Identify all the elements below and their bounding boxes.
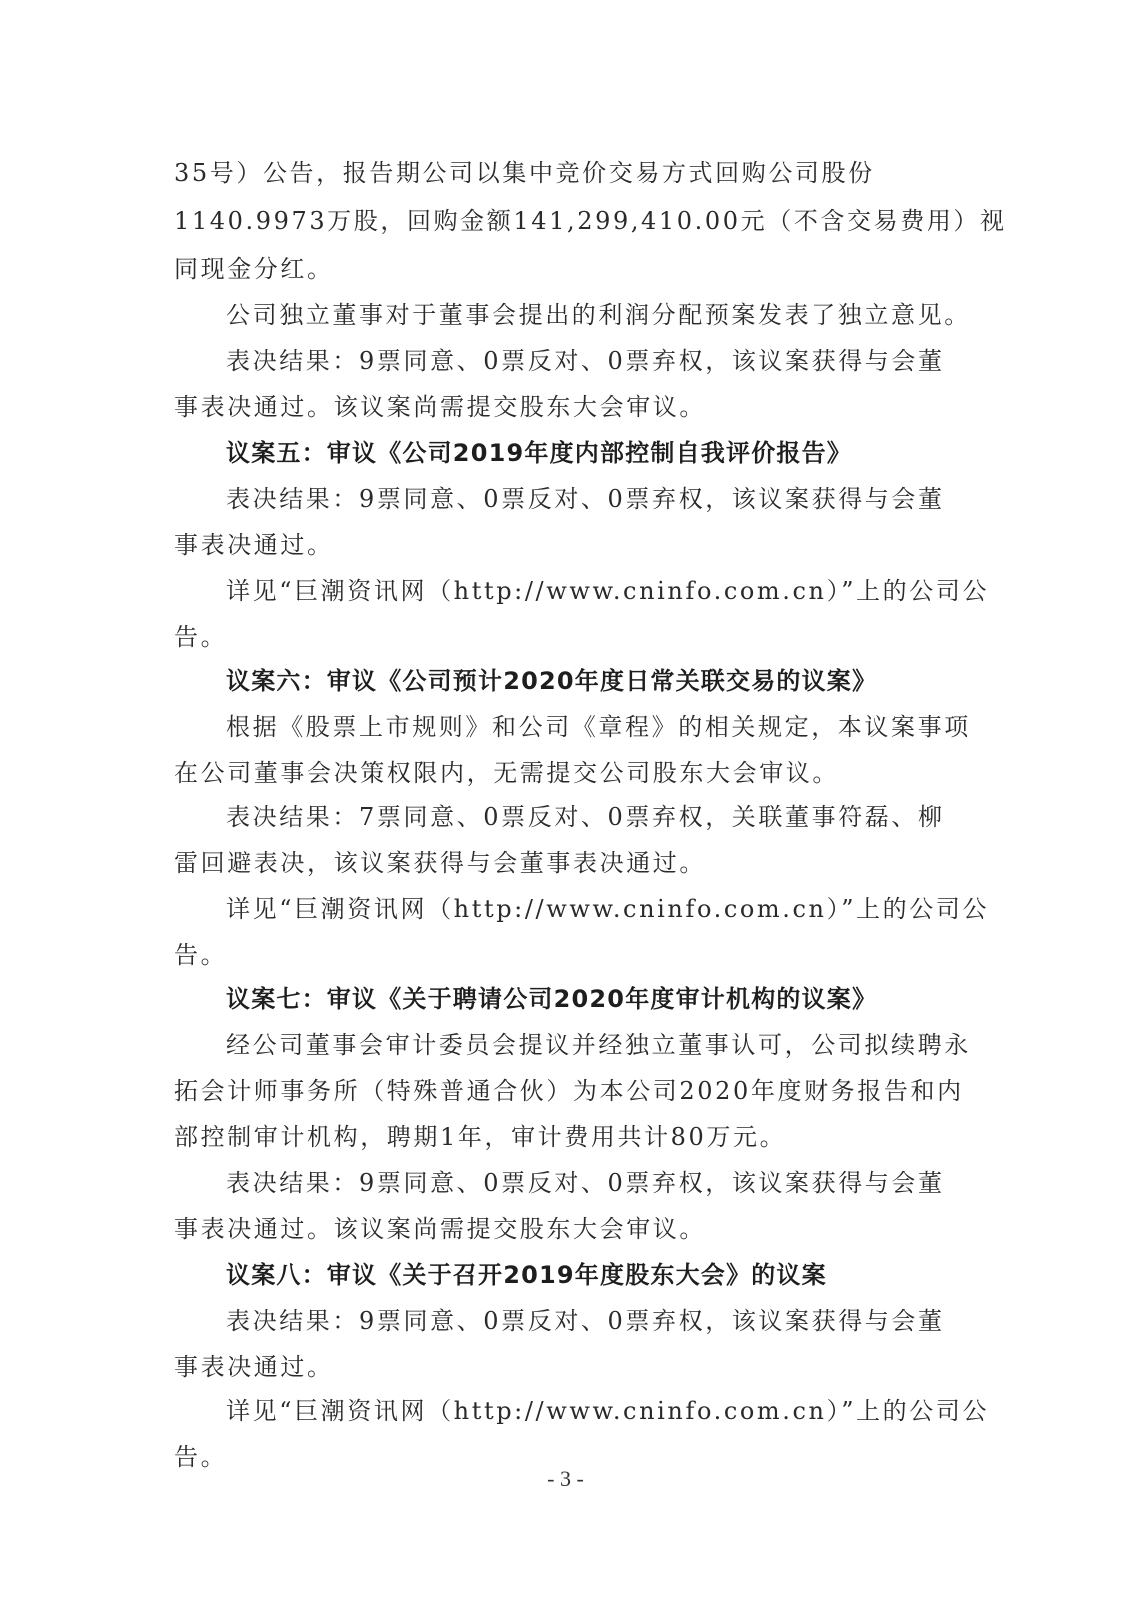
section-heading: 议案六：审议《公司预计2020年度日常关联交易的议案》 <box>226 666 946 696</box>
paragraph-line: 详见“巨潮资讯网（http://www.cninfo.com.cn）”上的公司公 <box>226 894 946 924</box>
paragraph-line: 告。 <box>174 940 946 970</box>
paragraph-line: 事表决通过。 <box>174 1352 946 1382</box>
paragraph-line: 详见“巨潮资讯网（http://www.cninfo.com.cn）”上的公司公 <box>226 576 946 606</box>
section-heading: 议案五：审议《公司2019年度内部控制自我评价报告》 <box>226 438 946 468</box>
page-number: - 3 - <box>0 1466 1131 1492</box>
paragraph-line: 根据《股票上市规则》和公司《章程》的相关规定，本议案事项 <box>226 712 946 742</box>
paragraph-line: 表决结果：9票同意、0票反对、0票弃权，该议案获得与会董 <box>226 484 946 514</box>
paragraph-line: 部控制审计机构，聘期1年，审计费用共计80万元。 <box>174 1122 946 1152</box>
document-page: 35号）公告，报告期公司以集中竞价交易方式回购公司股份1140.9973万股，回… <box>0 0 1131 1600</box>
paragraph-line: 35号）公告，报告期公司以集中竞价交易方式回购公司股份 <box>174 158 946 188</box>
section-heading: 议案七：审议《关于聘请公司2020年度审计机构的议案》 <box>226 984 946 1014</box>
paragraph-line: 表决结果：9票同意、0票反对、0票弃权，该议案获得与会董 <box>226 346 946 376</box>
section-heading: 议案八：审议《关于召开2019年度股东大会》的议案 <box>226 1260 946 1290</box>
paragraph-line: 雷回避表决，该议案获得与会董事表决通过。 <box>174 848 946 878</box>
paragraph-line: 拓会计师事务所（特殊普通合伙）为本公司2020年度财务报告和内 <box>174 1076 946 1106</box>
paragraph-line: 详见“巨潮资讯网（http://www.cninfo.com.cn）”上的公司公 <box>226 1396 946 1426</box>
paragraph-line: 1140.9973万股，回购金额141,299,410.00元（不含交易费用）视 <box>174 206 946 236</box>
paragraph-line: 事表决通过。该议案尚需提交股东大会审议。 <box>174 1214 946 1244</box>
paragraph-line: 表决结果：9票同意、0票反对、0票弃权，该议案获得与会董 <box>226 1306 946 1336</box>
paragraph-line: 同现金分红。 <box>174 254 946 284</box>
paragraph-line: 表决结果：7票同意、0票反对、0票弃权，关联董事符磊、柳 <box>226 802 946 832</box>
paragraph-line: 在公司董事会决策权限内，无需提交公司股东大会审议。 <box>174 758 946 788</box>
paragraph-line: 事表决通过。 <box>174 530 946 560</box>
paragraph-line: 告。 <box>174 622 946 652</box>
paragraph-line: 经公司董事会审计委员会提议并经独立董事认可，公司拟续聘永 <box>226 1030 946 1060</box>
paragraph-line: 表决结果：9票同意、0票反对、0票弃权，该议案获得与会董 <box>226 1168 946 1198</box>
paragraph-line: 公司独立董事对于董事会提出的利润分配预案发表了独立意见。 <box>226 300 946 330</box>
paragraph-line: 事表决通过。该议案尚需提交股东大会审议。 <box>174 392 946 422</box>
